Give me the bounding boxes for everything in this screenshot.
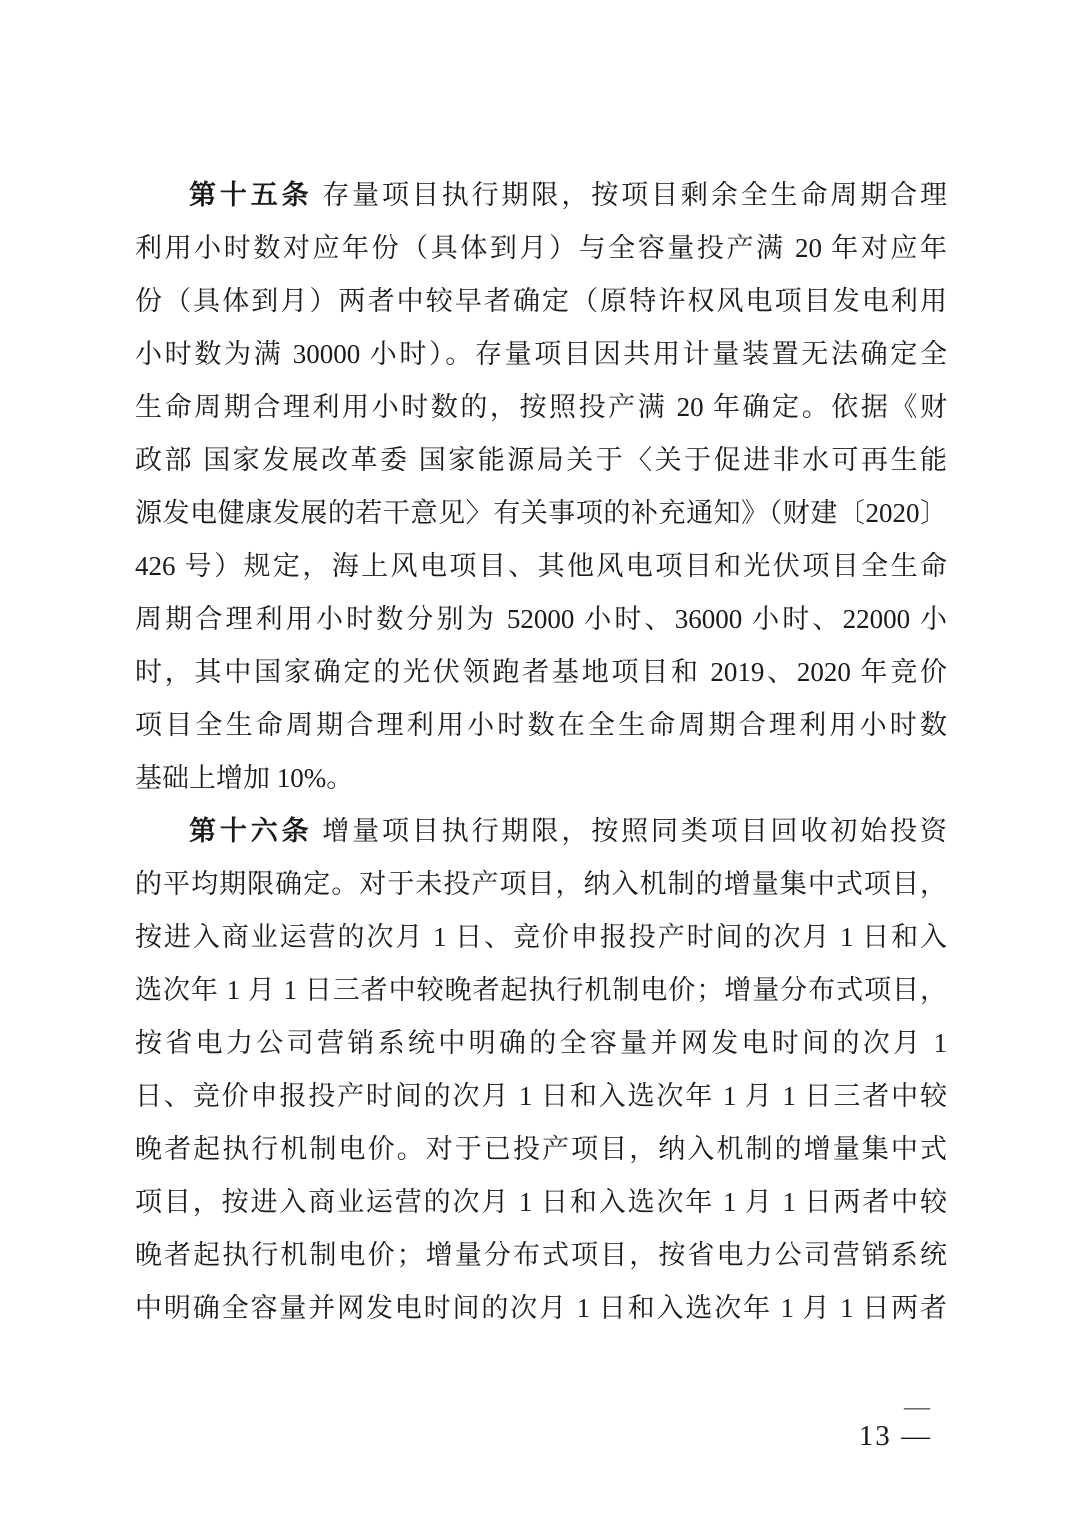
text-line: 按进入商业运营的次月 1 日、竞价申报投产时间的次月 1 日和入 [135, 911, 947, 964]
text-line: 时，其中国家确定的光伏领跑者基地项目和 2019、2020 年竞价 [135, 646, 947, 699]
text-line: 份（具体到月）两者中较早者确定（原特许权风电项目发电利用 [135, 275, 947, 328]
article-number: 第十六条 [189, 816, 313, 846]
text-line: 第十六条 增量项目执行期限，按照同类项目回收初始投资 [135, 805, 947, 858]
text-line: 小时数为满 30000 小时）。存量项目因共用计量装置无法确定全 [135, 328, 947, 381]
paragraph-article-15: 第十五条 存量项目执行期限，按项目剩余全生命周期合理利用小时数对应年份（具体到月… [135, 169, 947, 805]
document-body: 第十五条 存量项目执行期限，按项目剩余全生命周期合理利用小时数对应年份（具体到月… [135, 169, 947, 1335]
text-line: 晚者起执行机制电价。对于已投产项目，纳入机制的增量集中式 [135, 1123, 947, 1176]
text-line: 中明确全容量并网发电时间的次月 1 日和入选次年 1 月 1 日两者 [135, 1282, 947, 1335]
text-line: 项目，按进入商业运营的次月 1 日和入选次年 1 月 1 日两者中较 [135, 1176, 947, 1229]
page-number: 13 — [859, 1420, 932, 1453]
document-page: 第十五条 存量项目执行期限，按项目剩余全生命周期合理利用小时数对应年份（具体到月… [0, 0, 1080, 1526]
text-line: 第十五条 存量项目执行期限，按项目剩余全生命周期合理 [135, 169, 947, 222]
text-line: 日、竞价申报投产时间的次月 1 日和入选次年 1 月 1 日三者中较 [135, 1070, 947, 1123]
text-line: 生命周期合理利用小时数的，按照投产满 20 年确定。依据《财 [135, 381, 947, 434]
text-line: 源发电健康发展的若干意见〉有关事项的补充通知》（财建〔2020〕 [135, 487, 947, 540]
text-line: 项目全生命周期合理利用小时数在全生命周期合理利用小时数 [135, 699, 947, 752]
footer-top-dash: — [859, 1394, 932, 1420]
text-line: 周期合理利用小时数分别为 52000 小时、36000 小时、22000 小 [135, 593, 947, 646]
page-footer: — 13 — [859, 1394, 932, 1453]
text-line: 的平均期限确定。对于未投产项目，纳入机制的增量集中式项目， [135, 858, 947, 911]
text-line: 按省电力公司营销系统中明确的全容量并网发电时间的次月 1 [135, 1017, 947, 1070]
text-line: 426 号）规定，海上风电项目、其他风电项目和光伏项目全生命 [135, 540, 947, 593]
text-line: 利用小时数对应年份（具体到月）与全容量投产满 20 年对应年 [135, 222, 947, 275]
text-line: 晚者起执行机制电价；增量分布式项目，按省电力公司营销系统 [135, 1229, 947, 1282]
text-line: 选次年 1 月 1 日三者中较晚者起执行机制电价；增量分布式项目， [135, 964, 947, 1017]
paragraph-article-16: 第十六条 增量项目执行期限，按照同类项目回收初始投资的平均期限确定。对于未投产项… [135, 805, 947, 1335]
text-line: 基础上增加 10%。 [135, 752, 947, 805]
article-number: 第十五条 [189, 180, 313, 210]
text-line: 政部 国家发展改革委 国家能源局关于〈关于促进非水可再生能 [135, 434, 947, 487]
